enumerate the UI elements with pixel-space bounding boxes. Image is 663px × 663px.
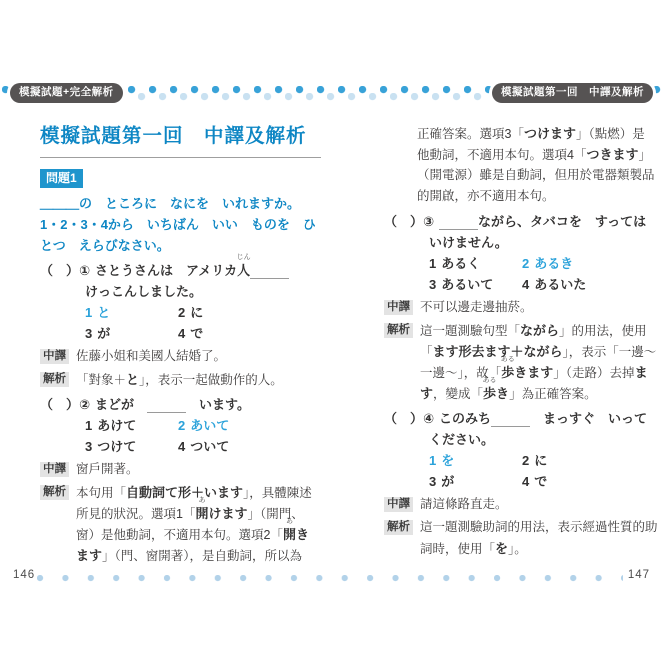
furigana-reading: あ [286,518,293,525]
option-text: つけて [97,439,136,454]
option: 1と [85,302,178,323]
option-number: 1 [429,256,436,271]
furigana-word: 歩ある [483,383,496,404]
option-number: 2 [178,305,185,320]
option: 4で [522,471,652,492]
option-text: あるく [441,256,480,271]
option: 3が [85,323,178,344]
analysis-line: 這一題測驗助詞的用法，表示經過性質的助 [420,517,658,538]
option-number: 4 [522,474,529,489]
answer-parentheses: （ ）④ [384,411,434,426]
question-line: （ ）④このみち＿＿＿ まっすぐ いって [384,408,652,429]
bottom-dotted-border [37,575,623,583]
options: 1を 2に 3が 4で [429,450,652,492]
analysis-line: 「對象＋と」，表示一起做動作的人。 [76,369,283,390]
question-text: このみち [439,411,491,426]
furigana-word: 歩ある [501,362,514,383]
question-line: （ ）③＿＿＿ながら、タバコを すっては [384,211,652,232]
option-text: あるいた [534,277,586,292]
option-text: に [534,453,547,468]
furigana-reading: あ [198,497,205,504]
options: 1と 2に 3が 4で [85,302,321,344]
translation-label: 中譯 [40,349,69,364]
translation-label: 中譯 [40,462,69,477]
options: 1あるく 2あるき 3あるいて 4あるいた [429,253,652,295]
analysis-line: 窗）是他動詞，不適用本句。選項2「開あき [76,524,312,545]
option-text: を [441,453,454,468]
translation-text: 窗戶開著。 [76,459,139,480]
question-text: まっすぐ いって [530,411,647,426]
problem-number-badge: 問題1 [40,169,83,188]
option: 3が [429,471,522,492]
analysis-line: 所見的狀況。選項1「開あけます」（開門、 [76,503,312,524]
furigana-word: 開あ [195,503,208,524]
question-text: います。 [186,397,250,412]
option-number: 2 [178,418,185,433]
analysis-line: 本句用「自動詞て形＋います」，具體陳述 [76,482,312,503]
instruction-line: ＿＿＿の ところに なにを いれますか。 [40,193,321,214]
option: 4で [178,323,321,344]
option-text: ついて [190,439,229,454]
option-text: あけて [97,418,136,433]
option-number: 2 [522,256,529,271]
question-text: ながら、タバコを すっては [478,214,646,229]
option-text: で [190,326,203,341]
analysis-line: 「ます形去ます＋ながら」，表示「一邊～ [420,341,656,362]
analysis-text: 「對象＋と」，表示一起做動作的人。 [76,369,283,390]
analysis-line: 正確答案。選項3「つけます」（點燃）是 [417,123,652,144]
left-header-badge: 模擬試題+完全解析 [10,83,123,103]
option-text: が [441,474,454,489]
blank-line: ＿＿＿ [147,397,186,413]
left-page: 模擬試題第一回 中譯及解析 問題1 ＿＿＿の ところに なにを いれますか。 1… [40,120,321,566]
question-4: （ ）④このみち＿＿＿ まっすぐ いって ください。 1を 2に 3が 4で 中… [384,408,652,559]
option: 1を [429,450,522,471]
right-header-badge: 模擬試題第一回 中譯及解析 [492,83,653,103]
option-number: 4 [522,277,529,292]
option: 2に [522,450,652,471]
analysis-line: 詞時，使用「を」。 [420,538,658,559]
analysis-label: 解析 [40,485,69,500]
option-text: に [190,305,203,320]
option-number: 3 [85,326,92,341]
furigana-reading: じん [237,254,251,261]
option: 1あけて [85,415,178,436]
option-number: 3 [85,439,92,454]
analysis-line: 一邊～」，故「歩あるきます」（走路）去掉ま [420,362,656,383]
translation-row: 中譯 不可以邊走邊抽菸。 [384,297,652,318]
analysis-text: 這一題測驗助詞的用法，表示經過性質的助 詞時，使用「を」。 [420,517,658,559]
option-number: 1 [429,453,436,468]
option: 2あるき [522,253,652,274]
option-number: 1 [85,305,92,320]
instruction-line: とつ えらびなさい。 [40,235,321,256]
analysis-line: 這一題測驗句型「ながら」的用法，使用 [420,320,656,341]
furigana-base: 人 [237,263,250,278]
question-text: けっこんしました。 [85,281,321,302]
blank-line: ＿＿＿ [439,214,478,230]
translation-row: 中譯 佐藤小姐和美國人結婚了。 [40,346,321,367]
question-text: まどが [95,397,147,412]
answer-parentheses: （ ）③ [384,214,434,229]
page-title: 模擬試題第一回 中譯及解析 [40,120,321,158]
furigana-reading: ある [501,356,515,363]
question-text: さとうさんは アメリカ [95,263,237,278]
question-text: いけません。 [429,232,652,253]
instruction-line: 1・2・3・4から いちばん いい ものを ひ [40,214,321,235]
translation-text: 請這條路直走。 [420,494,508,515]
analysis-row: 解析 這一題測驗句型「ながら」的用法，使用 「ます形去ます＋ながら」，表示「一邊… [384,320,652,404]
translation-row: 中譯 請這條路直走。 [384,494,652,515]
answer-parentheses: （ ）① [40,263,90,278]
analysis-label: 解析 [384,323,413,338]
options: 1あけて 2あいて 3つけて 4ついて [85,415,321,457]
option-text: で [534,474,547,489]
option: 3あるいて [429,274,522,295]
analysis-line: （開電源）雖是自動詞，但用於電器類製品 [417,165,652,186]
question-line: （ ）②まどが ＿＿＿ います。 [40,394,321,415]
question-text: ください。 [429,429,652,450]
option: 3つけて [85,436,178,457]
translation-text: 佐藤小姐和美國人結婚了。 [76,346,226,367]
analysis-label: 解析 [384,520,413,535]
question-3: （ ）③＿＿＿ながら、タバコを すっては いけません。 1あるく 2あるき 3あ… [384,211,652,404]
option-number: 1 [85,418,92,433]
analysis-row: 解析 本句用「自動詞て形＋います」，具體陳述 所見的狀況。選項1「開あけます」（… [40,482,321,566]
option: 4あるいた [522,274,652,295]
option-number: 4 [178,326,185,341]
answer-parentheses: （ ）② [40,397,90,412]
furigana-reading: ある [483,377,497,384]
option: 4ついて [178,436,321,457]
page-number-left: 146 [13,570,35,582]
option-number: 4 [178,439,185,454]
analysis-row: 解析 「對象＋と」，表示一起做動作的人。 [40,369,321,390]
option-text: と [97,305,110,320]
analysis-line: す，變成「歩あるき」為正確答案。 [420,383,656,404]
analysis-row: 解析 這一題測驗助詞的用法，表示經過性質的助 詞時，使用「を」。 [384,517,652,559]
question-line: （ ）①さとうさんは アメリカ人じん＿＿＿ [40,260,321,281]
analysis-text: 這一題測驗句型「ながら」的用法，使用 「ます形去ます＋ながら」，表示「一邊～ 一… [420,320,656,404]
instructions: ＿＿＿の ところに なにを いれますか。 1・2・3・4から いちばん いい も… [40,193,321,256]
analysis-continuation: 正確答案。選項3「つけます」（點燃）是 他動詞，不適用本句。選項4「つきます」 … [417,123,652,207]
page-number-right: 147 [628,570,650,582]
analysis-line: 他動詞，不適用本句。選項4「つきます」 [417,144,652,165]
option: 2あいて [178,415,321,436]
option: 1あるく [429,253,522,274]
translation-label: 中譯 [384,497,413,512]
translation-text: 不可以邊走邊抽菸。 [420,297,533,318]
option: 2に [178,302,321,323]
blank-line: ＿＿＿ [250,263,289,279]
analysis-line: 的開啟，亦不適用本句。 [417,186,652,207]
question-1: （ ）①さとうさんは アメリカ人じん＿＿＿ けっこんしました。 1と 2に 3が… [40,260,321,390]
blank-line: ＿＿＿ [491,411,530,427]
furigana-word: 開あ [283,524,296,545]
option-number: 3 [429,474,436,489]
option-text: あるき [534,256,573,271]
analysis-label: 解析 [40,372,69,387]
analysis-text: 本句用「自動詞て形＋います」，具體陳述 所見的狀況。選項1「開あけます」（開門、… [76,482,312,566]
translation-label: 中譯 [384,300,413,315]
right-page: 正確答案。選項3「つけます」（點燃）是 他動詞，不適用本句。選項4「つきます」 … [384,120,652,559]
option-text: が [97,326,110,341]
option-number: 2 [522,453,529,468]
book-spread: 模擬試題+完全解析 模擬試題第一回 中譯及解析 模擬試題第一回 中譯及解析 問題… [0,0,663,663]
option-number: 3 [429,277,436,292]
question-2: （ ）②まどが ＿＿＿ います。 1あけて 2あいて 3つけて 4ついて 中譯 … [40,394,321,566]
option-text: あいて [190,418,229,433]
analysis-line: ます」（門、窗開著），是自動詞，所以為 [76,545,312,566]
translation-row: 中譯 窗戶開著。 [40,459,321,480]
furigana-word: 人じん [237,260,250,281]
option-text: あるいて [441,277,493,292]
